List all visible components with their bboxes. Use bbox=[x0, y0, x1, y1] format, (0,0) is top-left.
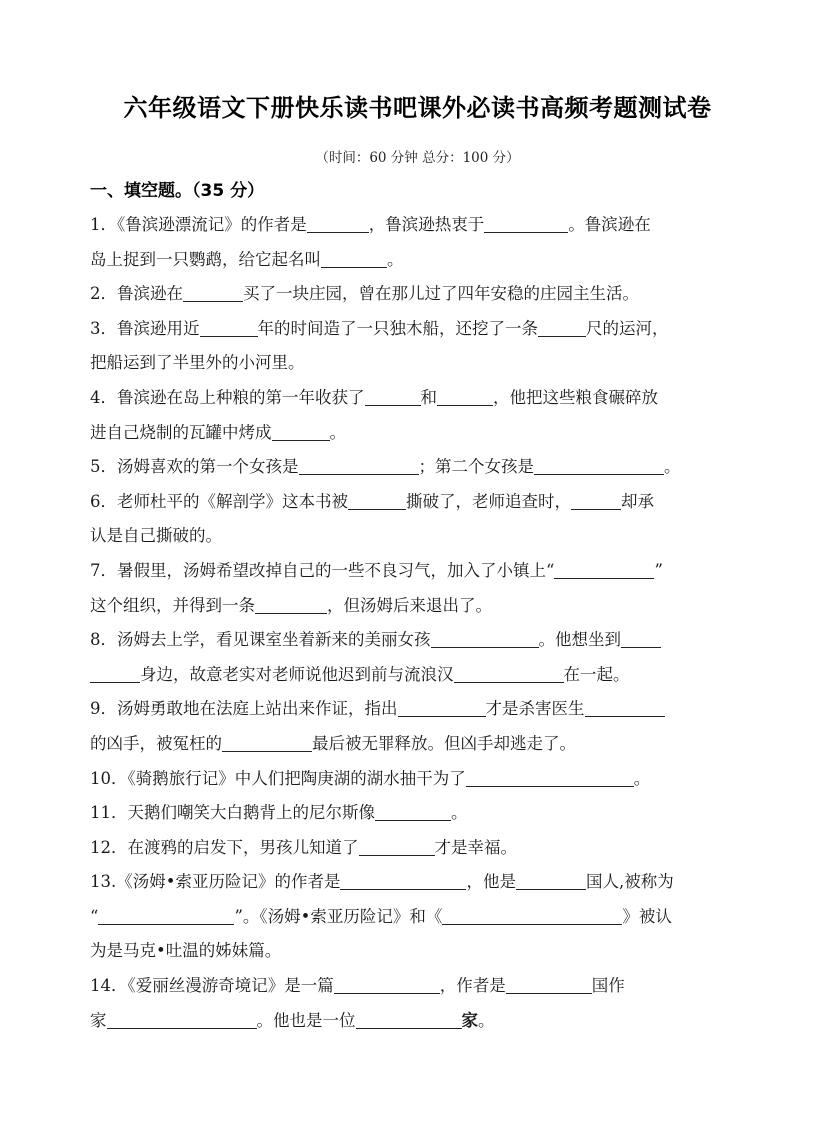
question-line: 12．在渡鸦的启发下，男孩儿知道了才是幸福。 bbox=[90, 831, 745, 866]
question-text: 4．鲁滨逊在岛上种粮的第一年收获了 bbox=[90, 388, 365, 407]
answer-blank[interactable] bbox=[375, 800, 451, 821]
question-line: 岛上捉到一只鹦鹉，给它起名叫。 bbox=[90, 243, 745, 278]
answer-blank[interactable] bbox=[365, 385, 421, 406]
question-text: 年的时间造了一只独木船，还挖了一条 bbox=[258, 319, 539, 338]
question-text: ；第二个女孩是 bbox=[419, 457, 535, 476]
question-text: ，鲁滨逊热衷于 bbox=[369, 215, 485, 234]
question-line: 13.《汤姆•索亚历险记》的作者是，他是国人,被称为 bbox=[90, 865, 745, 900]
question-line: 进自己烧制的瓦罐中烤成。 bbox=[90, 416, 745, 451]
answer-blank[interactable] bbox=[340, 869, 466, 890]
question-text: 。 bbox=[387, 250, 404, 269]
answer-blank[interactable] bbox=[466, 766, 634, 787]
question-list: 1．《鲁滨逊漂流记》的作者是，鲁滨逊热衷于。鲁滨逊在岛上捉到一只鹦鹉，给它起名叫… bbox=[90, 208, 745, 1038]
answer-blank[interactable] bbox=[98, 904, 234, 925]
question-line: 5．汤姆喜欢的第一个女孩是；第二个女孩是。 bbox=[90, 450, 745, 485]
question-text: 认是自己撕破的。 bbox=[90, 526, 222, 545]
question-text: 尺的运河， bbox=[586, 319, 669, 338]
answer-blank[interactable] bbox=[442, 904, 622, 925]
question-line: “”。《汤姆•索亚历险记》和《》被认 bbox=[90, 900, 745, 935]
answer-blank[interactable] bbox=[359, 835, 435, 856]
question-line: 这个组织，并得到一条，但汤姆后来退出了。 bbox=[90, 589, 745, 624]
question-text: 12．在渡鸦的启发下，男孩儿知道了 bbox=[90, 838, 359, 857]
answer-blank[interactable] bbox=[585, 696, 665, 717]
question-line: 的凶手，被冤枉的最后被无罪释放。但凶手却逃走了。 bbox=[90, 727, 745, 762]
question-line: 为是马克•吐温的姊妹篇。 bbox=[90, 934, 745, 969]
question-line: 11．天鹅们嘲笑大白鹅背上的尼尔斯像。 bbox=[90, 796, 745, 831]
question-line: 10．《骑鹅旅行记》中人们把陶庚湖的湖水抽干为了。 bbox=[90, 762, 745, 797]
answer-blank[interactable] bbox=[538, 316, 586, 337]
question-line: 4．鲁滨逊在岛上种粮的第一年收获了和，他把这些粮食碾碎放 bbox=[90, 381, 745, 416]
question-text: 却承 bbox=[621, 492, 654, 511]
question-text: 。鲁滨逊在 bbox=[568, 215, 651, 234]
question-line: 把船运到了半里外的小河里。 bbox=[90, 346, 745, 381]
question-text: 这个组织，并得到一条 bbox=[90, 596, 255, 615]
question-line: 8．汤姆去上学，看见课室坐着新来的美丽女孩。他想坐到 bbox=[90, 623, 745, 658]
answer-blank[interactable] bbox=[321, 247, 387, 268]
answer-blank[interactable] bbox=[398, 696, 486, 717]
section-heading: 一、填空题。（35 分） bbox=[90, 176, 264, 201]
question-text: ，作者是 bbox=[440, 976, 506, 995]
question-text: 8．汤姆去上学，看见课室坐着新来的美丽女孩 bbox=[90, 630, 431, 649]
answer-blank[interactable] bbox=[200, 316, 258, 337]
question-text: 2．鲁滨逊在 bbox=[90, 284, 183, 303]
question-line: 家。他也是一位家。 bbox=[90, 1004, 745, 1039]
question-text: 国人,被称为 bbox=[586, 872, 674, 891]
question-text: 的凶手，被冤枉的 bbox=[90, 734, 222, 753]
question-text: 家 bbox=[90, 1011, 107, 1030]
question-text: 1．《鲁滨逊漂流记》的作者是 bbox=[90, 215, 307, 234]
answer-blank[interactable] bbox=[299, 454, 419, 475]
question-text: ，他是 bbox=[466, 872, 516, 891]
question-text: 。 bbox=[451, 803, 468, 822]
page-title: 六年级语文下册快乐读书吧课外必读书高频考题测试卷 bbox=[0, 88, 835, 123]
question-text: 家 bbox=[462, 1011, 479, 1030]
answer-blank[interactable] bbox=[554, 558, 654, 579]
question-text: 买了一块庄园，曾在那儿过了四年安稳的庄园主生活。 bbox=[243, 284, 639, 303]
question-line: 6．老师杜平的《解剖学》这本书被撕破了，老师追查时，却承 bbox=[90, 485, 745, 520]
question-text: ，他把这些粮食碾碎放 bbox=[493, 388, 658, 407]
answer-blank[interactable] bbox=[621, 627, 661, 648]
question-text: 6．老师杜平的《解剖学》这本书被 bbox=[90, 492, 348, 511]
question-text: ” bbox=[654, 561, 662, 580]
question-text: 。他也是一位 bbox=[257, 1011, 356, 1030]
question-line: 9．汤姆勇敢地在法庭上站出来作证，指出才是杀害医生 bbox=[90, 692, 745, 727]
question-line: 3．鲁滨逊用近年的时间造了一只独木船，还挖了一条尺的运河， bbox=[90, 312, 745, 347]
question-text: 为是马克•吐温的姊妹篇。 bbox=[90, 941, 281, 960]
question-line: 7．暑假里，汤姆希望改掉自己的一些不良习气，加入了小镇上“” bbox=[90, 554, 745, 589]
answer-blank[interactable] bbox=[431, 627, 539, 648]
answer-blank[interactable] bbox=[107, 1008, 257, 1029]
question-text: ”。《汤姆•索亚历险记》和《 bbox=[234, 907, 442, 926]
question-text: 岛上捉到一只鹦鹉，给它起名叫 bbox=[90, 250, 321, 269]
question-text: 。他想坐到 bbox=[539, 630, 622, 649]
question-line: 14．《爱丽丝漫游奇境记》是一篇，作者是国作 bbox=[90, 969, 745, 1004]
answer-blank[interactable] bbox=[454, 662, 564, 683]
answer-blank[interactable] bbox=[272, 420, 330, 441]
answer-blank[interactable] bbox=[307, 212, 369, 233]
question-text: 才是杀害医生 bbox=[486, 699, 585, 718]
question-text: 身边，故意老实对老师说他迟到前与流浪汉 bbox=[140, 665, 454, 684]
question-text: 撕破了，老师追查时， bbox=[406, 492, 571, 511]
answer-blank[interactable] bbox=[183, 281, 243, 302]
answer-blank[interactable] bbox=[437, 385, 493, 406]
exam-page: 六年级语文下册快乐读书吧课外必读书高频考题测试卷 （时间：60 分钟 总分：10… bbox=[0, 0, 835, 1122]
answer-blank[interactable] bbox=[571, 489, 621, 510]
question-text: 。 bbox=[330, 423, 347, 442]
question-line: 2．鲁滨逊在买了一块庄园，曾在那儿过了四年安稳的庄园主生活。 bbox=[90, 277, 745, 312]
answer-blank[interactable] bbox=[348, 489, 406, 510]
question-text: 和 bbox=[421, 388, 438, 407]
question-text: 5．汤姆喜欢的第一个女孩是 bbox=[90, 457, 299, 476]
answer-blank[interactable] bbox=[90, 662, 140, 683]
question-line: 1．《鲁滨逊漂流记》的作者是，鲁滨逊热衷于。鲁滨逊在 bbox=[90, 208, 745, 243]
exam-info: （时间：60 分钟 总分：100 分） bbox=[0, 146, 835, 166]
question-text: 国作 bbox=[592, 976, 625, 995]
answer-blank[interactable] bbox=[255, 593, 327, 614]
question-text: 把船运到了半里外的小河里。 bbox=[90, 353, 305, 372]
question-text: 13.《汤姆•索亚历险记》的作者是 bbox=[90, 872, 340, 891]
question-text: 。 bbox=[478, 1011, 495, 1030]
question-text: 3．鲁滨逊用近 bbox=[90, 319, 200, 338]
question-text: “ bbox=[90, 907, 98, 926]
answer-blank[interactable] bbox=[516, 869, 586, 890]
question-text: 10．《骑鹅旅行记》中人们把陶庚湖的湖水抽干为了 bbox=[90, 769, 466, 788]
question-text: 14．《爱丽丝漫游奇境记》是一篇 bbox=[90, 976, 334, 995]
question-text: 在一起。 bbox=[564, 665, 630, 684]
question-text: 》被认 bbox=[622, 907, 672, 926]
answer-blank[interactable] bbox=[534, 454, 664, 475]
question-text: 11．天鹅们嘲笑大白鹅背上的尼尔斯像 bbox=[90, 803, 375, 822]
question-text: 9．汤姆勇敢地在法庭上站出来作证，指出 bbox=[90, 699, 398, 718]
answer-blank[interactable] bbox=[484, 212, 568, 233]
question-text: 。 bbox=[664, 457, 681, 476]
answer-blank[interactable] bbox=[334, 973, 440, 994]
answer-blank[interactable] bbox=[506, 973, 592, 994]
question-text: 。 bbox=[634, 769, 651, 788]
question-text: 最后被无罪释放。但凶手却逃走了。 bbox=[312, 734, 576, 753]
question-text: ，但汤姆后来退出了。 bbox=[327, 596, 492, 615]
question-text: 7．暑假里，汤姆希望改掉自己的一些不良习气，加入了小镇上“ bbox=[90, 561, 554, 580]
question-text: 进自己烧制的瓦罐中烤成 bbox=[90, 423, 272, 442]
question-text: 才是幸福。 bbox=[435, 838, 518, 857]
question-line: 身边，故意老实对老师说他迟到前与流浪汉在一起。 bbox=[90, 658, 745, 693]
answer-blank[interactable] bbox=[356, 1008, 462, 1029]
question-line: 认是自己撕破的。 bbox=[90, 519, 745, 554]
answer-blank[interactable] bbox=[222, 731, 312, 752]
